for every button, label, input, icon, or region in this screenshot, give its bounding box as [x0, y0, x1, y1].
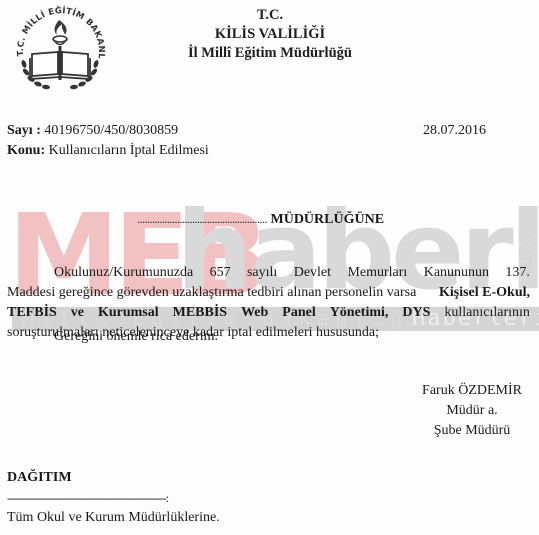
- body-word: 657: [210, 263, 231, 283]
- konu-value: Kullanıcıların İptal Edilmesi: [45, 143, 209, 158]
- body-word: Kurumsal: [98, 303, 159, 323]
- body-word: 137.: [505, 263, 530, 283]
- addressee: ........................................…: [137, 212, 384, 228]
- document-date: 28.07.2016: [423, 121, 486, 141]
- body-word: kullanıcılarının: [444, 303, 530, 323]
- body-line-2-bold: Kişisel E-Okul,: [439, 283, 530, 303]
- signatory-role-2: Şube Müdürü: [412, 421, 532, 441]
- body-word: Okulunuz/Kurumunuzda: [54, 263, 193, 283]
- body-line-1: Okulunuz/Kurumunuzda657sayılıDevletMemur…: [7, 263, 530, 283]
- document-page: MEB haberleri .com Milli Eğitim Bakanlığ…: [0, 0, 539, 535]
- body-word: Panel: [282, 303, 315, 323]
- header-tc: T.C.: [120, 6, 420, 25]
- sayi-row: Sayı : 40196750/450/8030859: [7, 121, 209, 141]
- distribution-title: DAĞITIM: [7, 468, 220, 488]
- body-line-3: TEFBİSveKurumsalMEBBİSWebPanelYönetimi,D…: [7, 303, 530, 323]
- sayi-value: 40196750/450/8030859: [44, 123, 178, 138]
- document-meta: Sayı : 40196750/450/8030859 Konu: Kullan…: [7, 121, 209, 161]
- body-word: Devlet: [294, 263, 331, 283]
- body-word: sayılı: [247, 263, 277, 283]
- signatory-name: Faruk ÖZDEMİR: [412, 381, 532, 401]
- sayi-label: Sayı: [7, 123, 33, 138]
- body-word: ve: [71, 303, 84, 323]
- body-line-2: Maddesi gereğince görevden uzaklaştırma …: [7, 283, 530, 303]
- document-header: T.C. KİLİS VALİLİĞİ İl Millî Eğitim Müdü…: [120, 6, 420, 63]
- addressee-dots: ........................................…: [137, 212, 267, 226]
- body-word: MEBBİS: [173, 303, 227, 323]
- body-word: TEFBİS: [7, 303, 57, 323]
- body-word: DYS: [402, 303, 430, 323]
- sayi-separator: :: [33, 123, 45, 138]
- signatory-role-1: Müdür a.: [412, 401, 532, 421]
- closing-sentence: Gereğini önemle rica ederim.: [54, 327, 218, 347]
- distribution-block: DAĞITIM --------------------------------…: [7, 468, 220, 528]
- konu-label: Konu:: [7, 143, 45, 158]
- addressee-title: MÜDÜRLÜĞÜNE: [267, 212, 384, 227]
- body-line-2-text: Maddesi gereğince görevden uzaklaştırma …: [7, 283, 416, 303]
- distribution-dashes: ----------------------------------------…: [7, 488, 220, 508]
- distribution-recipients: Tüm Okul ve Kurum Müdürlüklerine.: [7, 508, 220, 528]
- body-word: Yönetimi,: [330, 303, 389, 323]
- signature-block: Faruk ÖZDEMİR Müdür a. Şube Müdürü: [412, 381, 532, 441]
- body-word: Kanununun: [424, 263, 489, 283]
- header-governorship: KİLİS VALİLİĞİ: [120, 25, 420, 44]
- body-word: Memurları: [347, 263, 407, 283]
- konu-row: Konu: Kullanıcıların İptal Edilmesi: [7, 141, 209, 161]
- body-word: Web: [241, 303, 268, 323]
- header-directorate: İl Millî Eğitim Müdürlüğü: [120, 44, 420, 63]
- meb-logo-icon: T.C. MİLLİ EĞİTİM BAKANLIĞI: [10, 2, 110, 94]
